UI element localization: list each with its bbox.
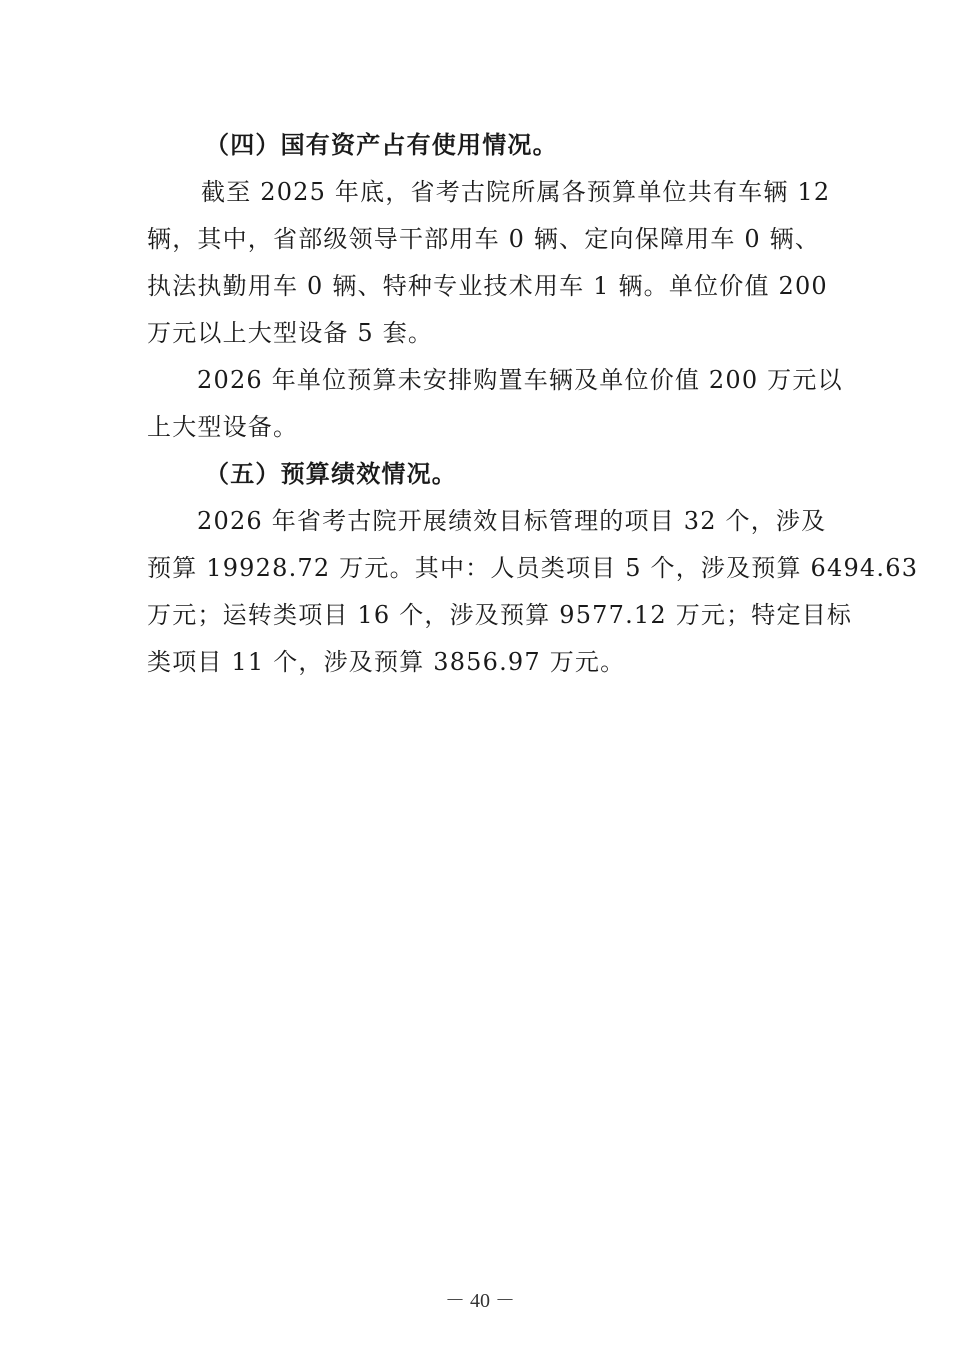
paragraph-line: 辆，其中，省部级领导干部用车 0 辆、定向保障用车 0 辆、 (147, 224, 820, 254)
paragraph-line: 预算 19928.72 万元。其中：人员类项目 5 个，涉及预算 6494.63 (147, 553, 918, 583)
paragraph-line: 万元以上大型设备 5 套。 (147, 318, 433, 348)
paragraph-line: 2026 年省考古院开展绩效目标管理的项目 32 个，涉及 (197, 506, 826, 536)
paragraph-line: 万元；运转类项目 16 个，涉及预算 9577.12 万元；特定目标 (147, 600, 852, 630)
paragraph-line: 截至 2025 年底，省考古院所属各预算单位共有车辆 12 (201, 177, 830, 207)
paragraph-line: 执法执勤用车 0 辆、特种专业技术用车 1 辆。单位价值 200 (147, 271, 828, 301)
page-number: － 40 － (0, 1284, 960, 1313)
paragraph-line: 类项目 11 个，涉及预算 3856.97 万元。 (147, 647, 625, 677)
section-heading-assets: （四）国有资产占有使用情况。 (205, 130, 558, 160)
section-heading-performance: （五）预算绩效情况。 (205, 459, 457, 489)
paragraph-line: 2026 年单位预算未安排购置车辆及单位价值 200 万元以 (197, 365, 843, 395)
paragraph-line: 上大型设备。 (147, 412, 298, 442)
